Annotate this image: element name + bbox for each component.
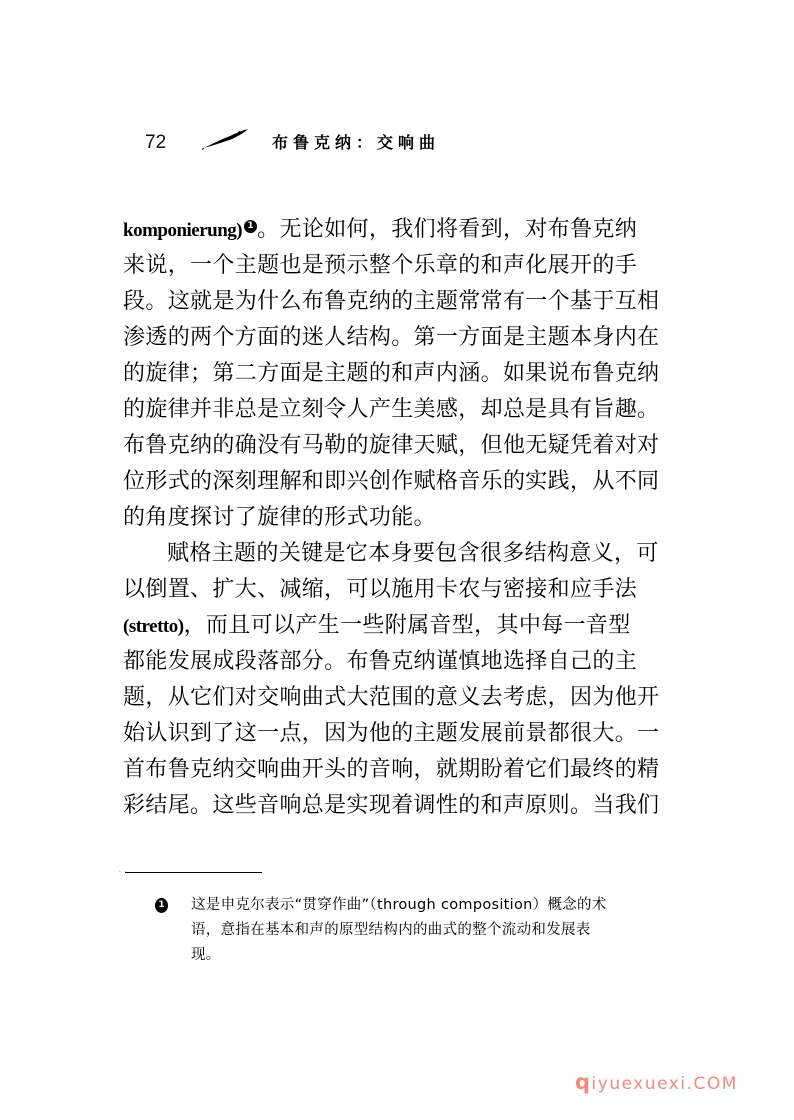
text-line: 位形式的深刻理解和即兴创作赋格音乐的实践，从不同 bbox=[123, 464, 688, 500]
text-line: (stretto)，而且可以产生一些附属音型，其中每一音型 bbox=[123, 608, 688, 644]
paragraph-1: komponierung)1。无论如何，我们将看到，对布鲁克纳 来说，一个主题也… bbox=[123, 212, 688, 536]
watermark-text: iyuexuexi.COM bbox=[592, 1074, 738, 1094]
page-number: 72 bbox=[145, 132, 166, 154]
text-line: komponierung)1。无论如何，我们将看到，对布鲁克纳 bbox=[123, 212, 688, 248]
watermark-q: q bbox=[575, 1070, 592, 1094]
paragraph-2: 赋格主题的关键是它本身要包含很多结构意义，可 以倒置、扩大、减缩，可以施用卡农与… bbox=[123, 536, 688, 824]
text-line: 题，从它们对交响曲式大范围的意义去考虑，因为他开 bbox=[123, 680, 688, 716]
latin-term: (stretto) bbox=[123, 616, 184, 637]
line-text: 。无论如何，我们将看到，对布鲁克纳 bbox=[257, 217, 637, 242]
text-line: 的旋律；第二方面是主题的和声内涵。如果说布鲁克纳 bbox=[123, 356, 688, 392]
line-text: ，而且可以产生一些附属音型，其中每一音型 bbox=[184, 613, 631, 638]
footnote-line: 语，意指在基本和声的原型结构内的曲式的整个流动和发展表 bbox=[191, 918, 701, 943]
text-line: 渗透的两个方面的迷人结构。第一方面是主题本身内在 bbox=[123, 320, 688, 356]
footnote-text: 这是申克尔表示“贯穿作曲”（through composition）概念的术 语… bbox=[191, 893, 701, 968]
text-line: 首布鲁克纳交响曲开头的音响，就期盼着它们最终的精 bbox=[123, 752, 688, 788]
footnote-rule bbox=[125, 872, 262, 873]
text-line: 以倒置、扩大、减缩，可以施用卡农与密接和应手法 bbox=[123, 572, 688, 608]
page-header: 72 布鲁克纳：交响曲 bbox=[145, 128, 545, 158]
footnote-line: 现。 bbox=[191, 943, 701, 968]
latin-term: komponierung) bbox=[123, 220, 242, 241]
footnote-marker: 1 bbox=[155, 898, 168, 913]
footnote-reference[interactable]: 1 bbox=[244, 220, 257, 233]
text-line: 的角度探讨了旋律的形式功能。 bbox=[123, 500, 688, 536]
running-title: 布鲁克纳：交响曲 bbox=[272, 130, 440, 153]
text-line: 都能发展成段落部分。布鲁克纳谨慎地选择自己的主 bbox=[123, 644, 688, 680]
text-line: 彩结尾。这些音响总是实现着调性的和声原则。当我们 bbox=[123, 788, 688, 824]
watermark: qiyuexuexi.COM bbox=[575, 1070, 738, 1094]
text-line: 布鲁克纳的确没有马勒的旋律天赋，但他无疑凭着对对 bbox=[123, 428, 688, 464]
footnote-line: 这是申克尔表示“贯穿作曲”（through composition）概念的术 bbox=[191, 893, 701, 918]
text-line: 段。这就是为什么布鲁克纳的主题常常有一个基于互相 bbox=[123, 284, 688, 320]
feather-quill-icon bbox=[202, 128, 250, 150]
text-line: 的旋律并非总是立刻令人产生美感，却总是具有旨趣。 bbox=[123, 392, 688, 428]
text-line: 来说，一个主题也是预示整个乐章的和声化展开的手 bbox=[123, 248, 688, 284]
text-line: 始认识到了这一点，因为他的主题发展前景都很大。一 bbox=[123, 716, 688, 752]
body-text: komponierung)1。无论如何，我们将看到，对布鲁克纳 来说，一个主题也… bbox=[123, 212, 688, 824]
text-line: 赋格主题的关键是它本身要包含很多结构意义，可 bbox=[123, 536, 688, 572]
